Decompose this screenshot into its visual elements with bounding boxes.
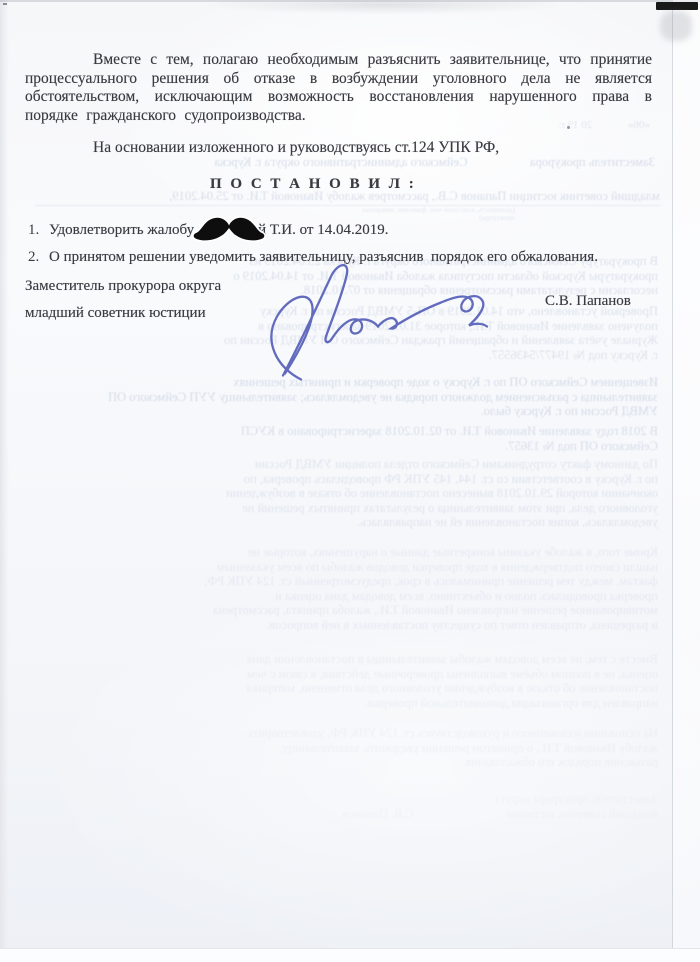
mustache-redaction-icon — [191, 212, 267, 249]
scan-edge-right-line — [672, 8, 673, 950]
legal-basis-line: На основании изложенного и руководствуяс… — [25, 139, 652, 157]
bleed-through-line: Заместитель прокурора Сеймского админист… — [40, 155, 655, 170]
signature-stroke-main — [283, 265, 487, 375]
scan-edge-left — [0, 0, 9, 962]
scanner-black-mark — [656, 2, 698, 10]
signature-stroke-left — [271, 297, 312, 380]
scanner-smudge — [660, 11, 692, 41]
list-item: 1. Удовлетворить жалобуй Т.И. от 14.04.2… — [28, 221, 658, 239]
scan-edge-top — [0, 0, 700, 2]
bleed-through-paragraph: Кроме того, в жалобе указаны конкретные … — [40, 545, 658, 632]
bleed-through-paragraph: Вместе с тем, не всем доводам жалобы зая… — [40, 652, 658, 710]
signer-post-line2: младший советник юстиции — [25, 305, 206, 322]
list-item-number: 2. — [28, 248, 49, 266]
signer-post-line1: Заместитель прокурора округа — [25, 278, 221, 295]
mustache-shape — [194, 218, 265, 241]
handwritten-signature — [253, 259, 493, 385]
bleed-through-caption: (должность, классный чин, фамилия, иници… — [330, 206, 515, 222]
list-item-number: 1. — [28, 221, 49, 239]
bleed-through-paragraph: По данному факту сотрудниками Сеймского … — [40, 457, 658, 530]
bleed-through-paragraph: На основании изложенного и руководствуяс… — [40, 726, 658, 770]
list-item-text: Удовлетворить жалобуй Т.И. от 14.04.2019… — [49, 221, 388, 239]
item1-text-after: й Т.И. от 14.04.2019. — [258, 222, 388, 238]
scan-edge-bottom — [0, 948, 700, 962]
signer-name: С.В. Папанов — [545, 293, 631, 310]
item1-text-before: Удовлетворить жалобу — [49, 222, 194, 238]
scan-edge-right-area — [673, 0, 700, 962]
dust-speck — [3, 3, 7, 5]
resolution-heading: П О С Т А Н О В И Л : — [210, 176, 416, 193]
intro-paragraph: Вместе с тем, полагаю необходимым разъяс… — [25, 51, 652, 125]
scanned-document-page: «06» 20 19 г. Заместитель прокурора Сейм… — [0, 0, 700, 962]
bleed-through-paragraph: В 2018 году заявление Ивановой Т.И. от 0… — [40, 424, 658, 453]
bleed-through-paragraph: Заместитель прокурора округа младший сов… — [40, 792, 658, 821]
